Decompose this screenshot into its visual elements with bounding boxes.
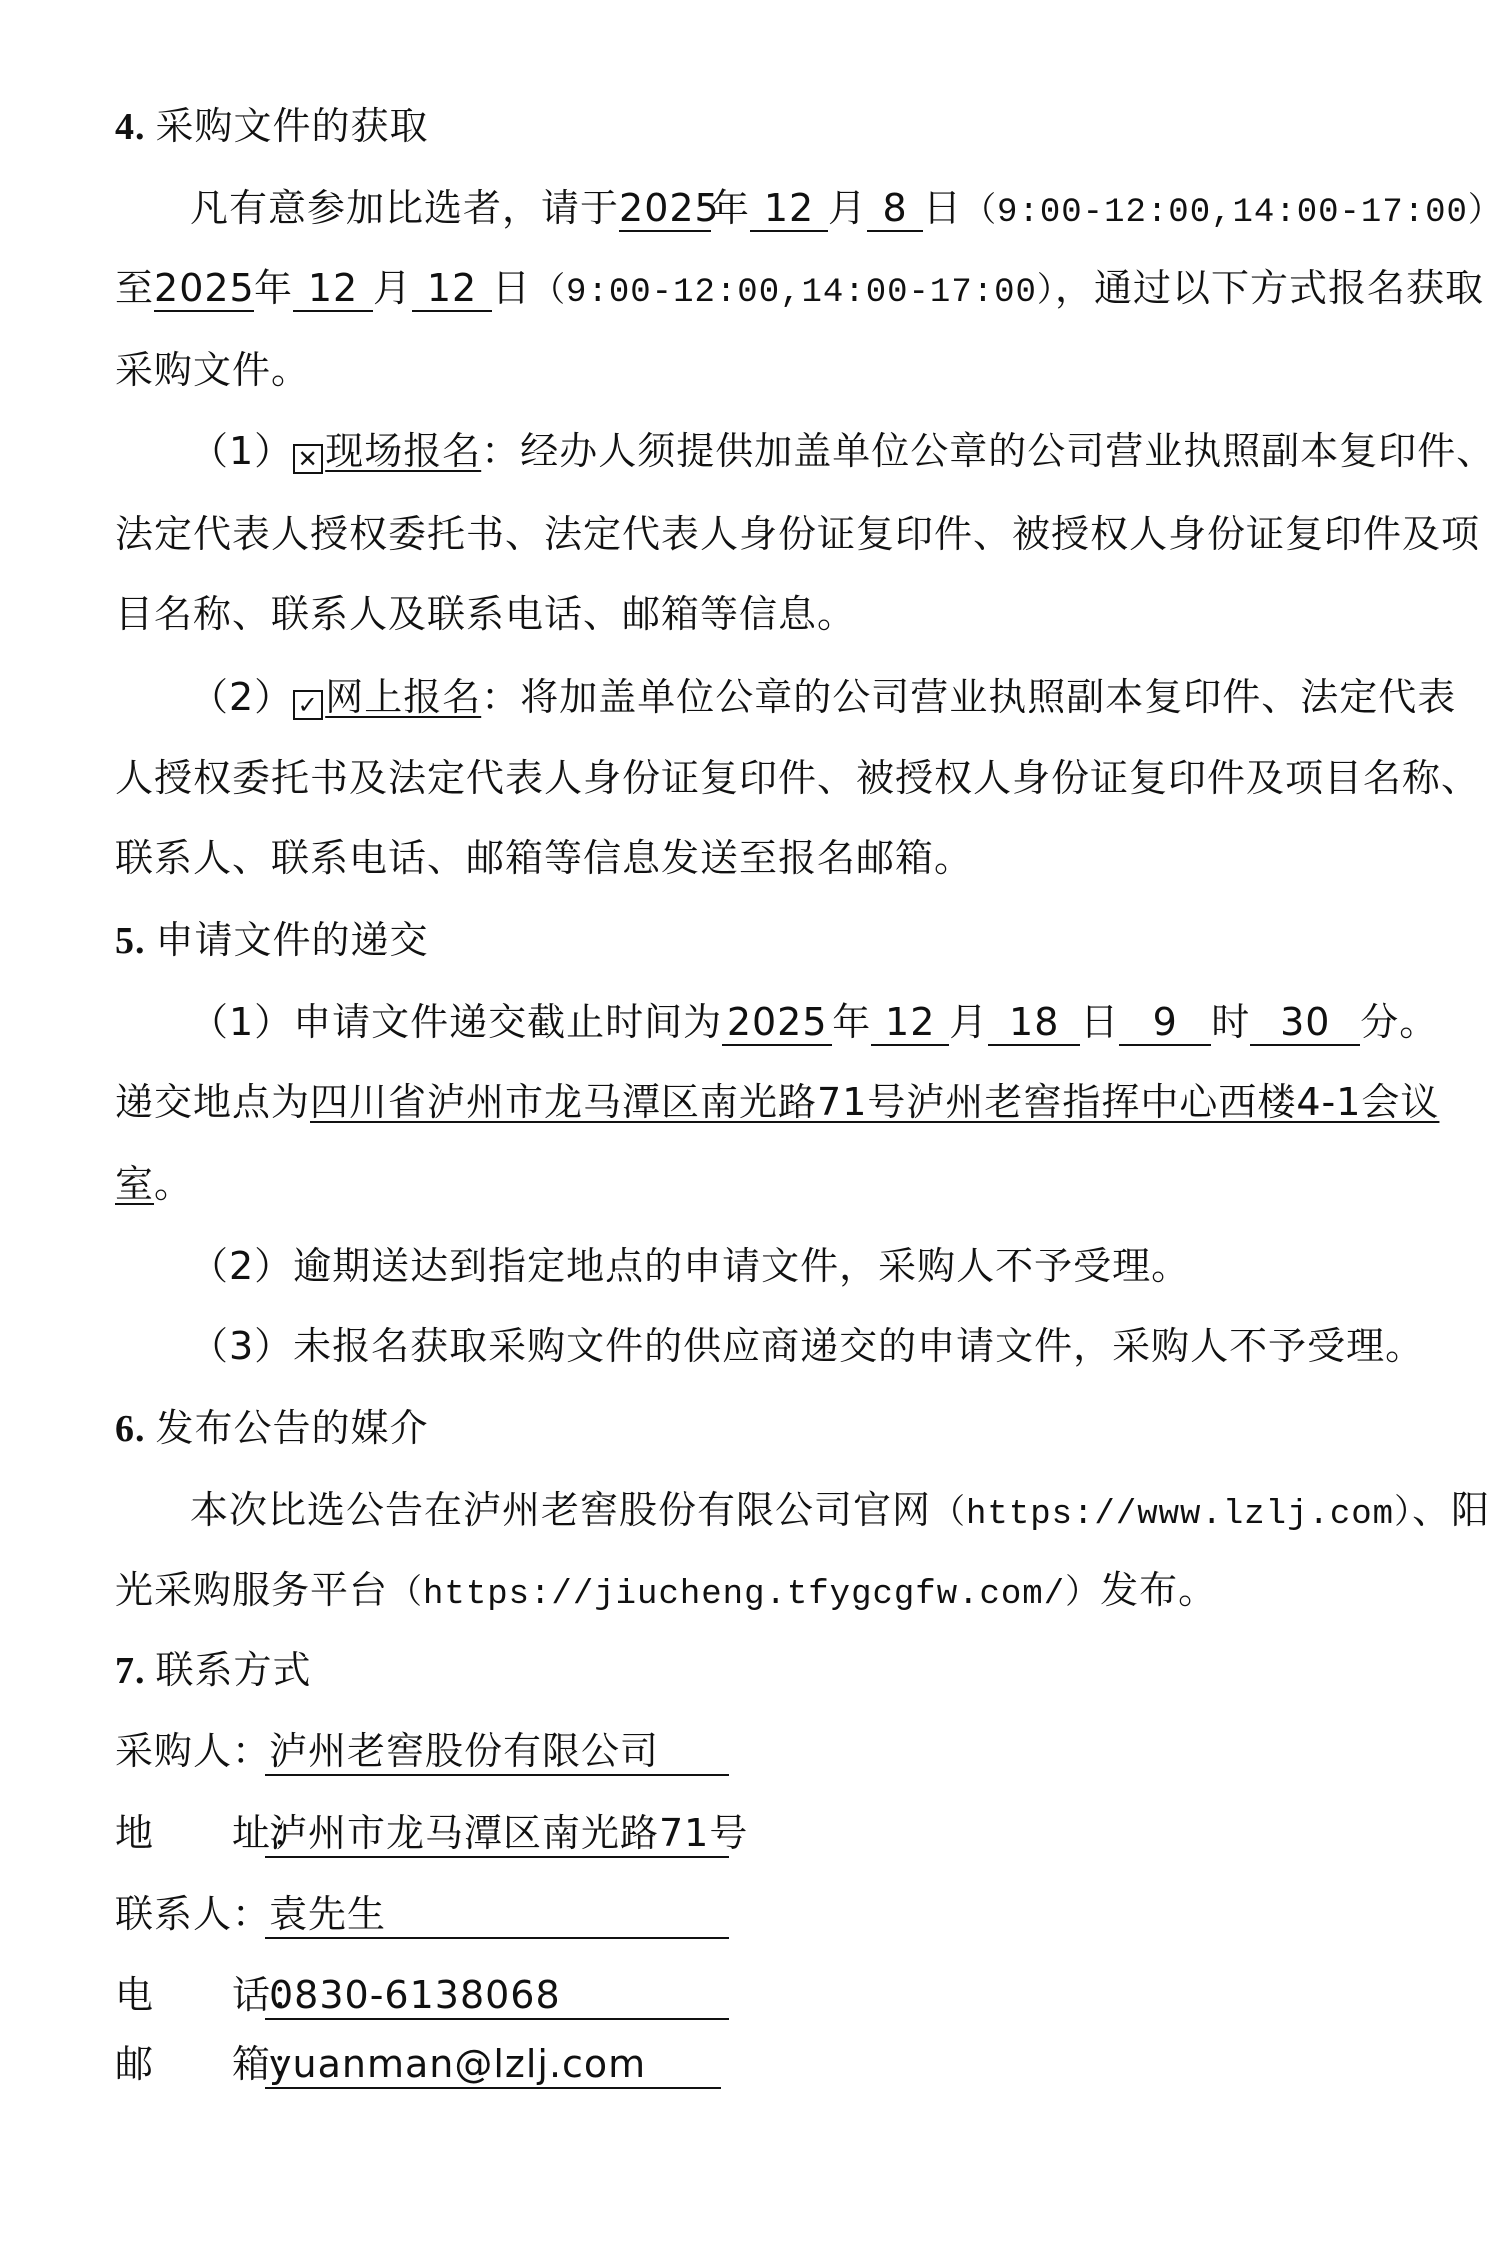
online-registration-option[interactable]: ✓网上报名 — [293, 675, 481, 719]
late-submission-rule: （2）逾期送达到指定地点的申请文件，采购人不予受理。 — [190, 1241, 1190, 1291]
s4-intro-line2: 至2025年12月12日（9:00-12:00,14:00-17:00），通过以… — [115, 263, 1484, 318]
contact-label: 邮 箱： — [115, 2039, 265, 2089]
section-4-heading: 4.采购文件的获取 — [115, 101, 429, 152]
deadline-line: （1）申请文件递交截止时间为2025年12月18日9时30分。 — [190, 997, 1438, 1047]
hour-label: 时 — [1211, 1000, 1250, 1044]
section-title: 采购文件的获取 — [156, 104, 429, 148]
contact-purchaser: 采购人：泸州老窖股份有限公司 — [115, 1726, 729, 1776]
section-title: 申请文件的递交 — [156, 918, 429, 962]
onsite-registration-option[interactable]: ✕现场报名 — [293, 429, 481, 473]
checked-checkbox-icon[interactable]: ✓ — [293, 690, 323, 720]
contact-label: 电 话： — [115, 1970, 265, 2020]
to-label: 至 — [115, 266, 154, 310]
year-label: 年 — [711, 186, 750, 230]
end-hours: （9:00-12:00,14:00-17:00） — [531, 274, 1055, 312]
deadline-year: 2025 — [722, 1000, 832, 1046]
email-value[interactable]: yuanman@lzlj.com — [265, 2041, 721, 2089]
month-label: 月 — [828, 186, 867, 230]
option-onsite-line2: 法定代表人授权委托书、法定代表人身份证复印件、被授权人身份证复印件及项 — [115, 509, 1480, 559]
deadline-month: 12 — [871, 1000, 949, 1046]
procurement-platform-link[interactable]: （https://jiucheng.tfygcgfw.com/） — [388, 1576, 1100, 1614]
official-site-link[interactable]: （https://www.lzlj.com） — [931, 1496, 1412, 1534]
month-label: 月 — [373, 266, 412, 310]
deadline-prefix: （1）申请文件递交截止时间为 — [190, 1000, 722, 1044]
s4-intro-line3: 采购文件。 — [115, 345, 310, 395]
option-text: 经办人须提供加盖单位公章的公司营业执照副本复印件、 — [520, 429, 1495, 473]
location-line2: 室。 — [115, 1159, 193, 1209]
start-month: 12 — [750, 186, 828, 232]
deadline-hour: 9 — [1119, 1000, 1211, 1046]
start-year: 2025 — [619, 186, 711, 232]
option-online-line1: （2）✓网上报名：将加盖单位公章的公司营业执照副本复印件、法定代表 — [190, 672, 1456, 722]
day-label: 日 — [923, 186, 962, 230]
colon: ： — [481, 675, 520, 719]
start-day: 8 — [867, 186, 923, 232]
section-7-heading: 7.联系方式 — [115, 1645, 312, 1696]
unregistered-rule: （3）未报名获取采购文件的供应商递交的申请文件，采购人不予受理。 — [190, 1321, 1424, 1371]
option-index: （2） — [190, 675, 293, 719]
year-label: 年 — [832, 1000, 871, 1044]
media-line2: 光采购服务平台（https://jiucheng.tfygcgfw.com/）发… — [115, 1565, 1217, 1620]
contact-label: 采购人： — [115, 1726, 265, 1776]
crossed-checkbox-icon[interactable]: ✕ — [293, 444, 323, 474]
minute-label: 分。 — [1360, 1000, 1438, 1044]
colon: ： — [481, 429, 520, 473]
phone-value: 0830-6138068 — [265, 1972, 729, 2020]
location-address-cont: 室 — [115, 1162, 154, 1206]
day-label: 日 — [492, 266, 531, 310]
contact-person: 联系人： 袁先生 — [115, 1889, 729, 1939]
intro-prefix: 凡有意参加比选者，请于 — [190, 186, 619, 230]
option-text: 将加盖单位公章的公司营业执照副本复印件、法定代表 — [520, 675, 1456, 719]
media-line1: 本次比选公告在泸州老窖股份有限公司官网（https://www.lzlj.com… — [190, 1485, 1490, 1540]
intro-suffix: ，通过以下方式报名获取 — [1055, 266, 1484, 310]
contact-phone: 电 话： 0830-6138068 — [115, 1970, 729, 2020]
media-text: 发布。 — [1100, 1568, 1217, 1612]
section-6-heading: 6.发布公告的媒介 — [115, 1403, 429, 1454]
location-address: 四川省泸州市龙马潭区南光路71号泸州老窖指挥中心西楼4-1会议 — [310, 1080, 1439, 1124]
deadline-day: 18 — [988, 1000, 1080, 1046]
contact-email: 邮 箱： yuanman@lzlj.com — [115, 2039, 721, 2089]
option-online-line2: 人授权委托书及法定代表人身份证复印件、被授权人身份证复印件及项目名称、 — [115, 753, 1480, 803]
purchaser-value: 泸州老窖股份有限公司 — [265, 1728, 729, 1776]
media-text: 光采购服务平台 — [115, 1568, 388, 1612]
section-title: 联系方式 — [156, 1648, 312, 1692]
end-day: 12 — [412, 266, 492, 312]
option-online-line3: 联系人、联系电话、邮箱等信息发送至报名邮箱。 — [115, 833, 973, 883]
s4-intro-line1: 凡有意参加比选者，请于2025年12月8日（9:00-12:00,14:00-1… — [190, 183, 1500, 238]
option-index: （1） — [190, 429, 293, 473]
contact-person-value: 袁先生 — [265, 1891, 729, 1939]
media-text: 、阳 — [1412, 1488, 1490, 1532]
deadline-minute: 30 — [1250, 1000, 1360, 1046]
section-number: 7. — [115, 1650, 146, 1692]
section-number: 6. — [115, 1408, 146, 1450]
option-label: 网上报名 — [325, 675, 481, 719]
option-onsite-line3: 目名称、联系人及联系电话、邮箱等信息。 — [115, 589, 856, 639]
contact-address: 地 址：泸州市龙马潭区南光路71号 — [115, 1808, 729, 1858]
start-hours: （9:00-12:00,14:00-17:00） — [962, 194, 1500, 232]
year-label: 年 — [254, 266, 293, 310]
contact-label: 联系人： — [115, 1889, 265, 1939]
section-number: 5. — [115, 920, 146, 962]
location-line: 递交地点为四川省泸州市龙马潭区南光路71号泸州老窖指挥中心西楼4-1会议 — [115, 1077, 1439, 1127]
section-title: 发布公告的媒介 — [156, 1406, 429, 1450]
section-5-heading: 5.申请文件的递交 — [115, 915, 429, 966]
option-label: 现场报名 — [325, 429, 481, 473]
day-label: 日 — [1080, 1000, 1119, 1044]
media-text: 本次比选公告在泸州老窖股份有限公司官网 — [190, 1488, 931, 1532]
end-year: 2025 — [154, 266, 254, 312]
month-label: 月 — [949, 1000, 988, 1044]
location-prefix: 递交地点为 — [115, 1080, 310, 1124]
option-onsite-line1: （1）✕现场报名：经办人须提供加盖单位公章的公司营业执照副本复印件、 — [190, 426, 1495, 476]
period: 。 — [154, 1162, 193, 1206]
end-month: 12 — [293, 266, 373, 312]
address-value: 泸州市龙马潭区南光路71号 — [265, 1810, 729, 1858]
section-number: 4. — [115, 106, 146, 148]
contact-label: 地 址： — [115, 1808, 265, 1858]
